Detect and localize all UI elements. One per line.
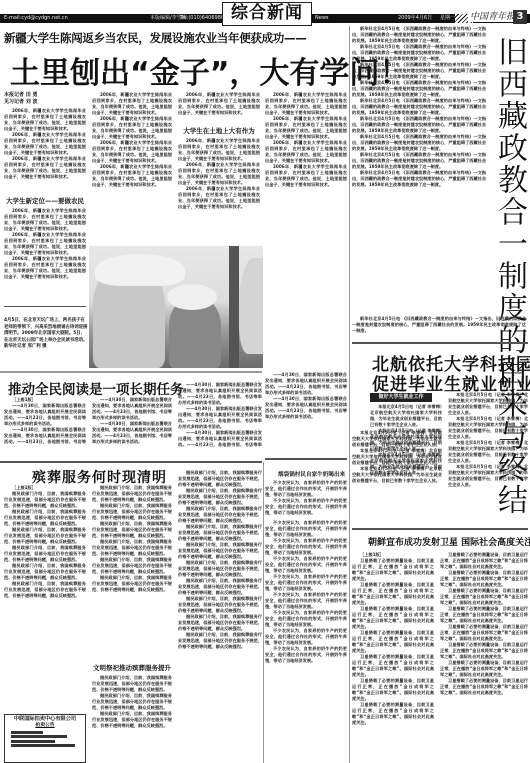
photo-pole	[229, 246, 239, 368]
ad-company: 中联国际拍卖中心有限公司	[5, 715, 85, 723]
tibet-body: 新华社北京4月5日电 《旧西藏政教合一制度的由来与终结》一文指出，旧西藏的政教合…	[352, 26, 486, 316]
ad-text-line	[11, 740, 55, 743]
photo-child-right	[239, 258, 263, 354]
divider	[352, 528, 528, 530]
korea-body-1: ［上接1版］卫星搭载了必要的测量设备，目前卫星运行正常，正在播放“金日成将军之歌…	[352, 552, 434, 763]
column-rule	[263, 462, 264, 763]
korea-headline: 朝鲜宣布成功发射卫星 国际社会高度关注	[368, 535, 530, 548]
advertisement-box: 中联国际拍卖中心有限公司 拍卖公告	[4, 714, 86, 763]
funeral-body-2: 据民政部门介绍，目前，我国殡葬服务行业发展迅速，但部分地区仍存在服务不规范、价格…	[92, 485, 172, 665]
lead-byline-1: 本报记者 田 勇	[4, 92, 37, 99]
lead-body-col-3b: 2006年，新疆农业大学学生陈闯毕业后回到家乡，在村里承包了土地搞设施农业，当年…	[178, 138, 260, 244]
beihang-label: 做好大学生就业工作	[370, 393, 432, 402]
lead-photo	[89, 246, 263, 368]
lead-subhead-1: 大学生新定位——要做农民	[4, 197, 86, 206]
divider	[0, 461, 262, 463]
food-body: 不少农民认为，自家养的奶牛产的奶更安全，他们通过合作社的形式，开展奶牛养殖，带动…	[265, 480, 347, 520]
divider	[352, 342, 528, 344]
divider	[4, 306, 86, 307]
page-number: 3	[513, 10, 527, 24]
ad-text-line	[11, 731, 43, 734]
tibet-body-tail: 新华社北京4月5日电 《旧西藏政教合一制度的由来与终结》一文指出，旧西藏的政教合…	[352, 316, 526, 338]
ad-text-line	[11, 735, 67, 738]
beihang-body-3: 本报北京4月5日电（记者 李雪梅）北京航空航天大学依托国家大学科技园，为毕业生就…	[352, 430, 442, 520]
lead-body-col-2: 2006年，新疆农业大学学生陈闯毕业后回到家乡，在村里承包了土地搞设施农业，当年…	[92, 92, 172, 244]
column-rule	[349, 26, 350, 763]
lead-body-tail: ——4月30日，国家新闻出版总署联合发出通知，要求各地认真组织开展全民阅读活动。…	[265, 372, 347, 428]
ad-text-line	[11, 744, 75, 747]
divider	[0, 371, 262, 373]
masthead-logo: 中国青年报	[468, 12, 517, 22]
header-news-label: News	[315, 14, 329, 23]
funeral-body-3: 据民政部门介绍，目前，我国殡葬服务行业发展迅速，但部分地区仍存在服务不规范、价格…	[92, 675, 172, 763]
header-weekday: 星期一	[440, 14, 455, 23]
reading-body-2: ——4月30日，国家新闻出版总署联合发出通知，要求各地认真组织开展全民阅读活动。…	[92, 397, 172, 445]
funeral-subhead: 文明祭祀推动殡葬服务提升	[92, 664, 172, 673]
lead-byline-2: 见习记者 刘 波	[4, 99, 37, 106]
lead-body-col-1b: 2006年，新疆农业大学学生陈闯毕业后回到家乡，在村里承包了土地搞设施农业，当年…	[4, 208, 86, 300]
reading-body-3: ——4月30日，国家新闻出版总署联合发出通知，要求各地认真组织开展全民阅读活动。…	[178, 382, 262, 448]
lead-subhead-2: 大学生在土地上大有作为	[178, 127, 260, 136]
header-email: E-mail:cyd@cydgn.net.cn	[4, 14, 68, 23]
beihang-body-2: 本报北京4月5日电（记者 李雪梅）北京航空航天大学依托国家大学科技园，为毕业生就…	[448, 392, 528, 520]
ad-title: 拍卖公告	[5, 723, 85, 729]
funeral-body-4: 据民政部门介绍，目前，我国殡葬服务行业发展迅速，但部分地区仍存在服务不规范、价格…	[178, 470, 262, 763]
divider	[265, 458, 347, 460]
header-date: 2009年4月6日	[398, 14, 432, 23]
funeral-body-1: ［上接1版］据民政部门介绍，目前，我国殡葬服务行业发展迅速，但部分地区仍存在服务…	[4, 485, 86, 685]
food-headline: 烟袋锅村民自家牛奶喝出来	[278, 470, 345, 478]
section-title: 综合新闻	[222, 2, 312, 26]
photo-cap-middle	[167, 284, 217, 310]
reading-body-1: ［上接1版］——4月30日，国家新闻出版总署联合发出通知，要求各地认真组织开展全…	[4, 397, 86, 445]
reading-headline: 推动全民阅读是一项长期任务	[8, 378, 184, 398]
funeral-headline: 殡葬服务何时现清明	[32, 467, 167, 487]
lead-body-col-3: 2006年，新疆农业大学学生陈闯毕业后回到家乡，在村里承包了土地搞设施农业，当年…	[178, 92, 260, 124]
lead-body-col-1: 2006年，新疆农业大学学生陈闯毕业后回到家乡，在村里承包了土地搞设施农业，当年…	[4, 108, 86, 196]
photo-cap-left	[95, 254, 185, 286]
korea-body-2: 卫星搭载了必要的测量设备，目前卫星运行正常，正在播放“金日成将军之歌”和“金正日…	[440, 552, 528, 763]
food-body-2: 不少农民认为，自家养的奶牛产的奶更安全，他们通过合作社的形式，开展奶牛养殖，带动…	[265, 520, 347, 763]
lead-body-col-4: 2006年，新疆农业大学学生陈闯毕业后回到家乡，在村里承包了土地搞设施农业，当年…	[265, 92, 347, 240]
lead-kicker: 新疆大学生陈闯返乡当农民，发展设施农业当年便获成功——	[4, 30, 306, 46]
header-phone: Tel:(010)64069803	[180, 14, 227, 23]
photo-caption: 4月5日，在北京天坛广场上，两名孩子在老师的带领下，兴高采烈地朗诵古诗词迎接清明…	[4, 318, 88, 351]
